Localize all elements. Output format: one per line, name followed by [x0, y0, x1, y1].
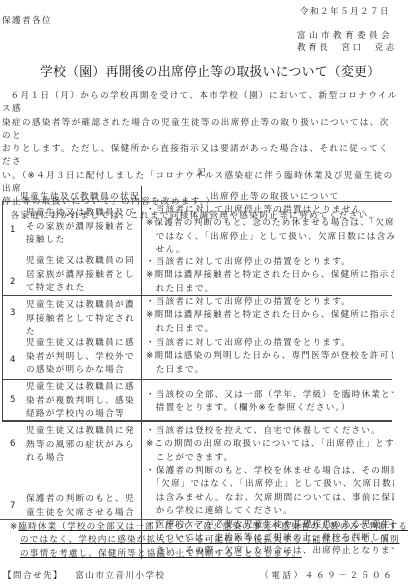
phone-label: （電話）	[260, 571, 305, 581]
table-row-5: 5 児童生徒又は教職員に感染者が複数判明し、感染経路が学校内の場合等 ・当該校の…	[2, 380, 392, 422]
contact-info: 【問合せ先】 富山市立音川小学校	[3, 569, 165, 581]
row-handling: ・当該者に対して出席停止の措置をとります。 ※期間は感染の判明した日から、専門医…	[146, 337, 394, 377]
row-situation: 児童生徒又は教職員が濃厚接触者として特定された	[26, 299, 139, 340]
addressee: 保護者各位	[2, 14, 52, 26]
row-number: 3	[10, 308, 17, 318]
row-handling: ・当該者は登校を控えて、自宅で休養してください。 ※この期間の出席の取扱いについ…	[146, 425, 394, 465]
handling-line: ・当該者に対して出席停止の措置をとります。	[146, 337, 394, 350]
contact-phone: （電話）４６９－２５０６	[260, 569, 394, 581]
contact-school: 富山市立音川小学校	[75, 571, 165, 581]
row-situation: 児童生徒又は教職員の同居家族が濃厚接触者として特定された	[26, 255, 139, 296]
handling-line: ことができます。	[146, 452, 394, 465]
footnote-line: のではなく、学校内に感染が拡大している可能性や今後拡大する可能性について、個別	[20, 535, 400, 545]
signatory: 教育長 宮口 克志	[297, 41, 397, 53]
handling-line: ※この期間の出席の取扱いについては、「出席停止」とする	[146, 438, 394, 451]
row-situation: 児童生徒又は教職員に感染者が複数判明し、感染経路が学校内の場合等	[26, 381, 139, 422]
handling-line: ・当該校の全部、又は一部（学年、学級）を臨時休業とする	[146, 389, 394, 402]
ki-label: 記	[197, 166, 207, 178]
row-number: 1	[10, 225, 17, 235]
row-number: 6	[10, 439, 17, 449]
document-title: 学校（園）再開後の出席停止等の取扱いについて（変更）	[40, 61, 380, 80]
row-situation: 児童生徒又は教職員及びその家族が濃厚接触者と接触した	[26, 207, 139, 248]
date: 令和２年５月２７日	[300, 5, 390, 17]
handling-line: ・当該者に対して出席停止の措置をとります。	[146, 296, 394, 309]
header-situation: 児童生徒及び教職員の状況	[20, 190, 140, 202]
header-divider	[141, 186, 142, 202]
handling-line: ・当該者に対して出席停止の措置をとります。	[146, 256, 394, 269]
contact-label: 【問合せ先】	[3, 571, 63, 581]
handling-line: ・保護者の判断のもと、学校を休ませる場合は、その期間を	[146, 465, 394, 478]
handling-line: から学校に連絡してください。	[146, 505, 394, 518]
header-handling: 出席停止等の取扱いについて	[210, 190, 340, 202]
table-row-group-3-4: 3 児童生徒又は教職員が濃厚接触者として特定された ・当該者に対して出席停止の措…	[2, 296, 392, 380]
handling-line: ※期間は濃厚接触者と特定された日から、保健所に指示さ	[146, 269, 394, 282]
handling-line: ・当該者に対して出席停止等の措置はとりません。	[146, 204, 394, 217]
table-row-group-1-2: 1 児童生徒又は教職員及びその家族が濃厚接触者と接触した ・当該者に対して出席停…	[2, 202, 392, 296]
row-number: 4	[10, 355, 17, 365]
row-handling: ・当該校の全部、又は一部（学年、学級）を臨時休業とする 措置をとります。（欄外※…	[146, 389, 394, 416]
row-handling: ・当該者に対して出席停止の措置をとります。 ※期間は濃厚接触者と特定された日から…	[146, 296, 394, 336]
phone-number: ４６９－２５０６	[305, 571, 395, 581]
handling-line: ではなく、「出席停止」として扱い、欠席日数には含みま	[146, 231, 394, 244]
row-number: 5	[10, 395, 17, 405]
body-line: 染症の感染者等が確認された場合の児童生徒等の出席停止等の取り扱いについては、次の…	[2, 117, 398, 144]
row-number: 7	[10, 501, 17, 511]
row-situation: 児童生徒又は教職員に感染者が判明し、学校外での感染が明らかな場合	[26, 337, 139, 378]
handling-table: 児童生徒及び教職員の状況 出席停止等の取扱いについて 1 児童生徒又は教職員及び…	[2, 190, 392, 559]
footnote-divider	[0, 519, 392, 520]
row-handling: ・当該者に対して出席停止の措置をとります。 ※期間は濃厚接触者と特定された日から…	[146, 256, 394, 296]
handling-line: れた日まで。	[146, 323, 394, 336]
handling-line: れた日まで。	[146, 283, 394, 296]
handling-line: は含みません。なお、欠席期間については、事前に保護者	[146, 492, 394, 505]
handling-line: ※期間は濃厚接触者と特定された日から、保健所に指示さ	[146, 309, 394, 322]
row-situation: 保護者の判断のもと、児童生徒を欠席させる場合	[26, 493, 139, 520]
footnote: ※臨時休業（学校の全部又は一部）については、感染の事実や感染者の人数のみで判断す…	[10, 521, 408, 561]
row-number: 2	[10, 277, 17, 287]
handling-line: 「欠席」ではなく、「出席停止」として扱い、欠席日数に	[146, 478, 394, 491]
handling-line: ※保護者の判断のもと、念のため休ませる場合は、「欠席」	[146, 217, 394, 230]
table-header: 児童生徒及び教職員の状況 出席停止等の取扱いについて	[2, 190, 392, 202]
handling-line: た日まで。	[146, 364, 394, 377]
row-situation: 児童生徒又は教職員に発熱等の風邪の症状がみられる場合	[26, 425, 139, 466]
body-line: ６月１日（月）からの学校再開を受けて、本市学校（園）において、新型コロナウイルス…	[2, 90, 398, 117]
handling-line: 措置をとります。（欄外※を参照ください。）	[146, 402, 394, 415]
organization: 富山市教育委員会	[297, 29, 393, 41]
footnote-line: の事情を考慮し、保健所等と協議の上で判断することとします。	[20, 549, 302, 559]
handling-line: ・当該者は登校を控えて、自宅で休養してください。	[146, 425, 394, 438]
handling-line: ※期間は感染の判明した日から、専門医等が登校を許可し	[146, 350, 394, 363]
footnote-line: 臨時休業（学校の全部又は一部）については、感染の事実や感染者の人数のみで判断する	[18, 522, 408, 532]
row-handling: ・当該者に対して出席停止等の措置はとりません。 ※保護者の判断のもと、念のため休…	[146, 204, 394, 258]
